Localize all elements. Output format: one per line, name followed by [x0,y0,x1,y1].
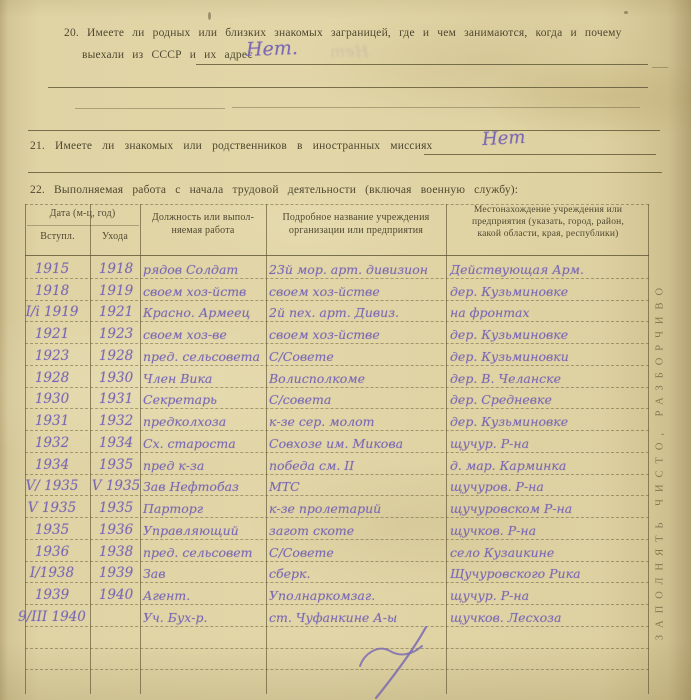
question-22-text: 22. Выполняемая работа с начала трудовой… [30,184,518,196]
row-location: щучков. Лесхоза [450,610,668,625]
row-org: С/Совете [269,349,447,364]
table-row: 19151918рядов Солдат23й мор. арт. дивизи… [0,256,691,278]
table-row: 19231928пред. сельсоветаС/Советедер. Куз… [0,343,691,365]
row-separator [25,669,649,670]
row-location: дер. Кузьминовки [450,349,668,364]
table-row: 9/III 1940Уч. Бух-р.ст. Чуфанкине А-ыщуч… [0,604,691,626]
answer-line [424,154,656,155]
row-end: 1938 [91,544,141,560]
table-row: V 19351935Парторгк-зе пролетарийщучуровс… [0,495,691,517]
row-location: дер. Кузьминовке [450,327,668,342]
answer-line [652,67,668,68]
question-21-text: 21. Имеете ли знакомых или родственников… [30,140,433,152]
row-start: 1923 [12,348,92,364]
row-org: Уполнаркомзаг. [269,588,447,603]
row-start: I/i 1919 [12,304,92,320]
row-location: щучуровском Р-на [450,501,668,516]
row-start: 1935 [12,522,92,538]
row-start: V 1935 [12,500,92,516]
row-position: своем хоз-йств [143,284,267,299]
row-start: 1931 [12,413,92,429]
header-col-location: Местонахождение учреждения или предприят… [449,205,647,241]
table-row [0,648,691,670]
answer-line [48,87,648,88]
row-position: пред. сельсовета [143,349,267,364]
row-start: 1930 [12,391,92,407]
table-row: V/ 1935V 1935Зав НефтобазМТСщучуров. Р-н… [0,474,691,496]
answer-line [196,64,648,65]
row-position: Управляющий [143,523,267,538]
row-location: Щучуровского Рика [450,566,668,581]
row-org: к-зе сер. молот [269,414,447,429]
row-org: Волисполкоме [269,371,447,386]
table-row: 19301931СекретарьС/советадер. Средневке [0,387,691,409]
question-20-line2: выехали из СССР и их адрес [82,49,253,61]
row-location: село Кузаикине [450,545,668,560]
row-end: 1931 [91,391,141,407]
row-position: Уч. Бух-р. [143,610,267,625]
question-20-line1: 20. Имеете ли родных или близких знакомы… [64,27,622,39]
row-end: 1930 [91,370,141,386]
row-start: 1921 [12,326,92,342]
row-end: V 1935 [91,478,141,494]
row-position: пред. сельсовет [143,545,267,560]
ink-speck [208,12,211,20]
row-end: 1935 [91,457,141,473]
row-org: МТС [269,479,447,494]
date-group-underline [27,225,139,226]
row-end: 1940 [91,587,141,603]
pen-flourish [352,626,447,699]
row-position: Сх. староста [143,436,267,451]
table-row: 19281930Член ВикаВолисполкомедер. В. Чел… [0,365,691,387]
row-org: к-зе пролетарий [269,501,447,516]
table-row: 19351936Управляющийзагот скотещучков. Р-… [0,517,691,539]
row-start: I/1938 [12,565,92,581]
row-end: 1928 [91,348,141,364]
row-location: дер. В. Челанске [450,371,668,386]
row-position: Красно. Армеец [143,305,267,320]
row-position: предколхоза [143,414,267,429]
answer-line [28,172,662,173]
row-org: загот скоте [269,523,447,538]
row-end: 1935 [91,500,141,516]
row-position: Член Вика [143,371,267,386]
row-end: 1919 [91,283,141,299]
row-org: своем хоз-йстве [269,327,447,342]
row-position: Агент. [143,588,267,603]
table-row: 19391940Агент.Уполнаркомзаг.щучур. Р-на [0,582,691,604]
row-start: 1936 [12,544,92,560]
row-position: Парторг [143,501,267,516]
row-org: ст. Чуфанкине А-ы [269,610,447,625]
table-row: 19321934Сх. старостаСовхозе им. Миковащу… [0,430,691,452]
margin-instruction: ЗАПОЛНЯТЬ ЧИСТО, РАЗБОРЧИВО [655,225,666,697]
row-start: 1934 [12,457,92,473]
header-col-position: Должность или выпол- няемая работа [142,212,264,237]
row-start: 1928 [12,370,92,386]
table-row: I/19381939Завсберк.Щучуровского Рика [0,561,691,583]
row-start: 9/III 1940 [12,609,92,625]
row-org: 23й мор. арт. дивизион [269,262,447,277]
row-position: Секретарь [143,392,267,407]
table-row: 19181919своем хоз-йствсвоем хоз-йстведер… [0,278,691,300]
answer-line [28,130,660,131]
header-col-start: Вступл. [26,231,89,244]
table-row: I/i 19191921Красно. Армеец2й пех. арт. Д… [0,300,691,322]
row-location: щучуров. Р-на [450,479,668,494]
ink-speck [624,11,628,14]
row-end: 1918 [91,261,141,277]
table-row: 19311932предколхозак-зе сер. молотдер. К… [0,408,691,430]
table-row: 19361938пред. сельсоветС/Советесело Куза… [0,539,691,561]
row-location: на фронтах [450,305,668,320]
row-start: V/ 1935 [12,478,92,494]
table-row [0,626,691,648]
row-location: д. мар. Карминка [450,458,668,473]
row-location: дер. Средневке [450,392,668,407]
row-location: щучков. Р-на [450,523,668,538]
answer-line [75,108,225,109]
row-location: щучур. Р-на [450,436,668,451]
row-end: 1921 [91,304,141,320]
row-start: 1939 [12,587,92,603]
row-end: 1934 [91,435,141,451]
row-location: дер. Кузьминовке [450,414,668,429]
row-start: 1915 [12,261,92,277]
row-start: 1918 [12,283,92,299]
row-location: дер. Кузьминовке [450,284,668,299]
row-end: 1936 [91,522,141,538]
header-date-group: Дата (м-ц, год) [26,208,139,221]
ink-bleed: Нет [330,42,369,61]
row-position: пред к-за [143,458,267,473]
answer-line [232,107,640,108]
row-org: С/Совете [269,545,447,560]
table-row: 19341935пред к-запобеда см. IIд. мар. Ка… [0,452,691,474]
row-position: Зав [143,566,267,581]
row-end: 1932 [91,413,141,429]
row-org: С/совета [269,392,447,407]
question-20-answer: Нет. [246,37,299,61]
row-end: 1923 [91,326,141,342]
row-org: сберк. [269,566,447,581]
document-page: 20. Имеете ли родных или близких знакомы… [0,0,691,700]
row-start: 1932 [12,435,92,451]
row-org: 2й пех. арт. Дивиз. [269,305,447,320]
header-col-org: Подробное название учреждения организаци… [268,212,444,237]
row-location: Действующая Арм. [450,262,668,277]
table-row: 19211923своем хоз-весвоем хоз-йстведер. … [0,321,691,343]
row-position: Зав Нефтобаз [143,479,267,494]
row-org: победа см. II [269,458,447,473]
row-position: рядов Солдат [143,262,267,277]
row-org: своем хоз-йстве [269,284,447,299]
row-location: щучур. Р-на [450,588,668,603]
question-21-answer: Нет [481,127,525,150]
row-position: своем хоз-ве [143,327,267,342]
header-col-end: Ухода [90,231,140,244]
row-end: 1939 [91,565,141,581]
row-org: Совхозе им. Микова [269,436,447,451]
